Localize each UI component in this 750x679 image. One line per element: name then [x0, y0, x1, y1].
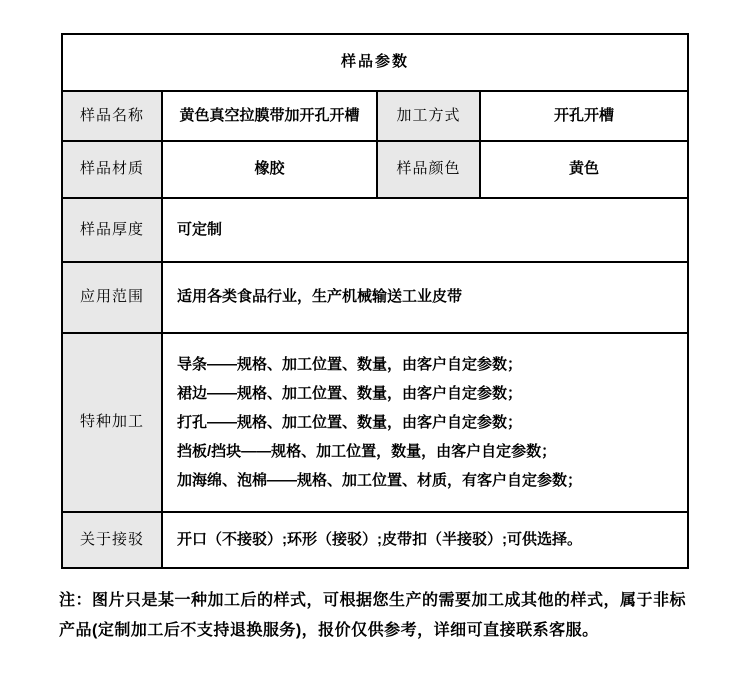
table-row: 样品材质 橡胶 样品颜色 黄色 [62, 141, 688, 198]
table-row: 应用范围 适用各类食品行业，生产机械输送工业皮带 [62, 262, 688, 333]
sample-material-value: 橡胶 [162, 141, 377, 198]
table-row: 样品参数 [62, 34, 688, 91]
special-processing-line: 加海绵、泡棉——规格、加工位置、材质，有客户自定参数； [177, 466, 677, 495]
sample-material-label: 样品材质 [62, 141, 162, 198]
application-range-value: 适用各类食品行业，生产机械输送工业皮带 [162, 262, 688, 333]
joint-info-label: 关于接驳 [62, 512, 162, 568]
special-processing-line: 裙边——规格、加工位置、数量，由客户自定参数； [177, 379, 677, 408]
special-processing-lines: 导条——规格、加工位置、数量，由客户自定参数； 裙边——规格、加工位置、数量，由… [177, 350, 677, 495]
special-processing-line: 挡板/挡块——规格、加工位置，数量，由客户自定参数； [177, 437, 677, 466]
application-range-label: 应用范围 [62, 262, 162, 333]
sample-color-label: 样品颜色 [377, 141, 480, 198]
processing-method-label: 加工方式 [377, 91, 480, 141]
footnote: 注：图片只是某一种加工后的样式，可根据您生产的需要加工成其他的样式，属于非标 产… [59, 586, 691, 646]
special-processing-line: 导条——规格、加工位置、数量，由客户自定参数； [177, 350, 677, 379]
sample-color-value: 黄色 [480, 141, 688, 198]
sample-name-label: 样品名称 [62, 91, 162, 141]
table-row: 样品名称 黄色真空拉膜带加开孔开槽 加工方式 开孔开槽 [62, 91, 688, 141]
sample-name-value: 黄色真空拉膜带加开孔开槽 [162, 91, 377, 141]
table-row: 特种加工 导条——规格、加工位置、数量，由客户自定参数； 裙边——规格、加工位置… [62, 333, 688, 512]
sample-thickness-value: 可定制 [162, 198, 688, 262]
special-processing-value: 导条——规格、加工位置、数量，由客户自定参数； 裙边——规格、加工位置、数量，由… [162, 333, 688, 512]
joint-info-value: 开口（不接驳）;环形（接驳）;皮带扣（半接驳）;可供选择。 [162, 512, 688, 568]
special-processing-line: 打孔——规格、加工位置、数量，由客户自定参数； [177, 408, 677, 437]
sample-parameters-table: 样品参数 样品名称 黄色真空拉膜带加开孔开槽 加工方式 开孔开槽 样品材质 橡胶… [61, 33, 689, 569]
table-title: 样品参数 [62, 34, 688, 91]
processing-method-value: 开孔开槽 [480, 91, 688, 141]
sample-thickness-label: 样品厚度 [62, 198, 162, 262]
footnote-line-1: 注：图片只是某一种加工后的样式，可根据您生产的需要加工成其他的样式，属于非标 [59, 586, 691, 616]
footnote-line-2: 产品(定制加工后不支持退换服务)，报价仅供参考，详细可直接联系客服。 [59, 616, 691, 646]
table-row: 样品厚度 可定制 [62, 198, 688, 262]
table-row: 关于接驳 开口（不接驳）;环形（接驳）;皮带扣（半接驳）;可供选择。 [62, 512, 688, 568]
special-processing-label: 特种加工 [62, 333, 162, 512]
page: 样品参数 样品名称 黄色真空拉膜带加开孔开槽 加工方式 开孔开槽 样品材质 橡胶… [0, 0, 750, 679]
